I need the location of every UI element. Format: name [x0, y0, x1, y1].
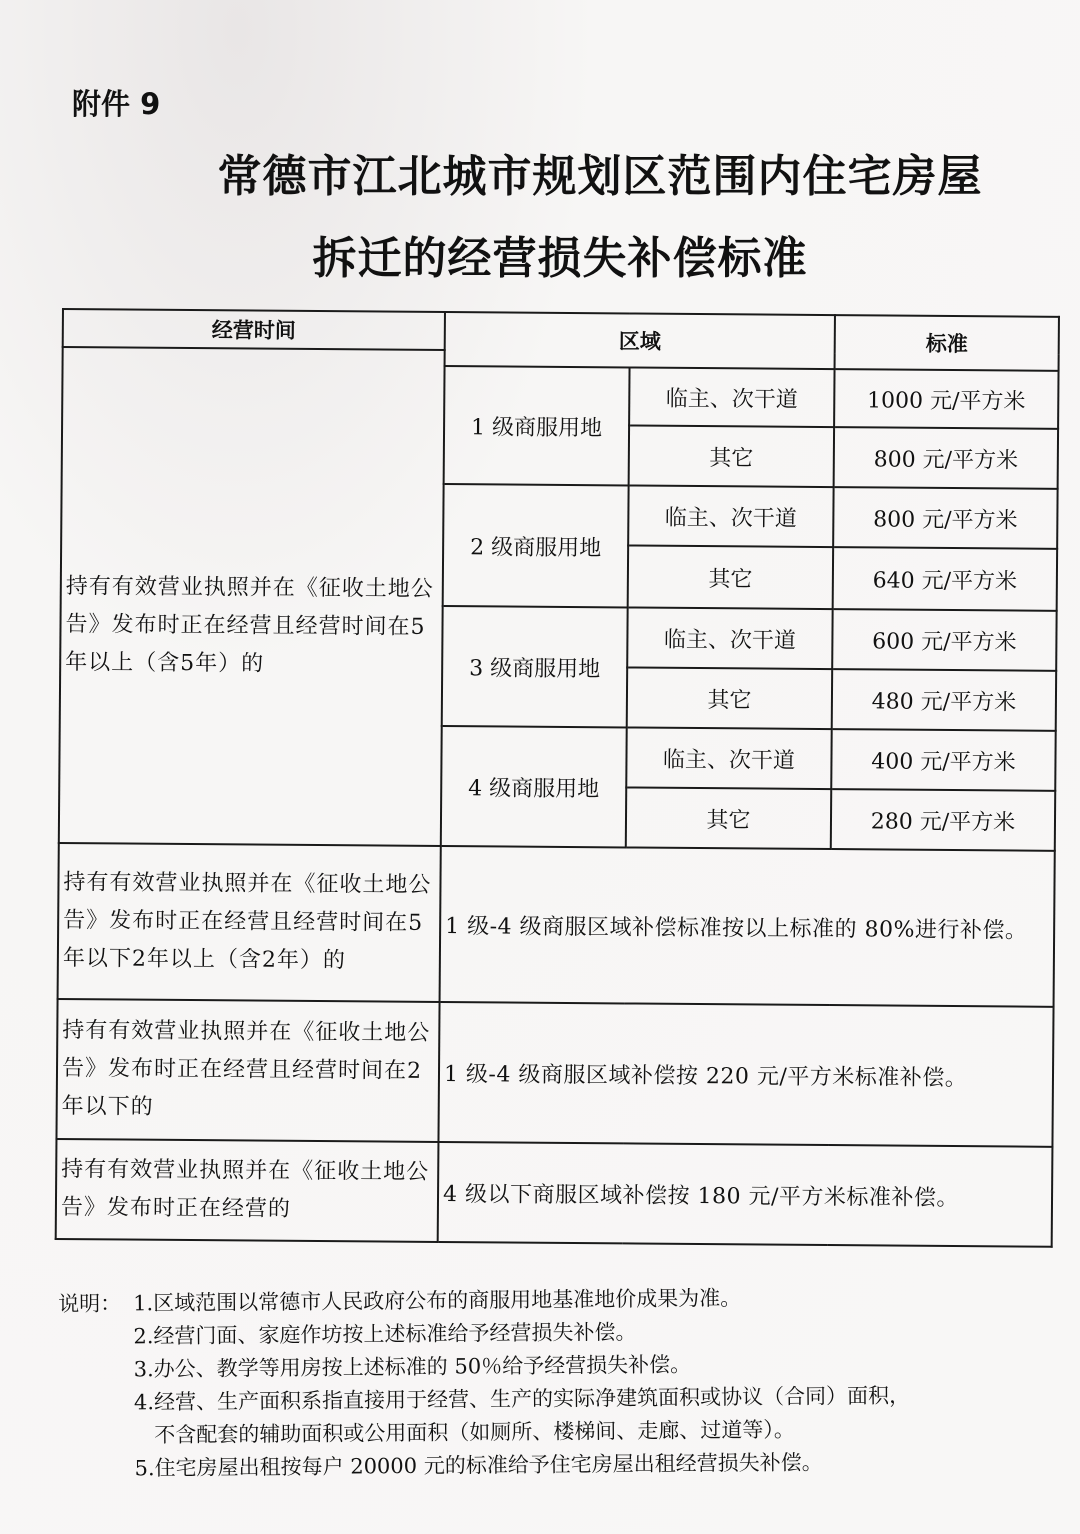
level-1-name: 1 级商服用地	[444, 366, 630, 485]
level-2-road-main: 临主、次干道	[628, 485, 833, 547]
table-row: 持有有效营业执照并在《征收土地公告》发布时正在经营且经营时间在5年以下2年以上（…	[58, 843, 1055, 1007]
compensation-table: 经营时间 区域 标准 持有有效营业执照并在《征收土地公告》发布时正在经营且经营时…	[55, 308, 1060, 1248]
note-item-5: 5.住宅房屋出租按每户 20000 元的标准给予住宅房屋出租经营损失补偿。	[59, 1446, 910, 1486]
document-page: 附件 9 常德市江北城市规划区范围内住宅房屋 拆迁的经营损失补偿标准 经营时间 …	[0, 0, 1080, 1534]
attachment-label: 附件 9	[72, 82, 160, 123]
level-4-std-other: 280 元/平方米	[831, 789, 1055, 851]
level-4-std-main: 400 元/平方米	[831, 729, 1055, 791]
table-row: 持有有效营业执照并在《征收土地公告》发布时正在经营的 4 级以下商服区域补偿按 …	[56, 1139, 1053, 1247]
level-3-road-other: 其它	[627, 667, 832, 729]
level-4-road-main: 临主、次干道	[626, 727, 831, 789]
level-1-std-main: 1000 元/平方米	[834, 369, 1058, 429]
level-2-road-other: 其它	[628, 545, 833, 609]
level-4-name: 4 级商服用地	[441, 726, 627, 847]
condition-operating: 持有有效营业执照并在《征收土地公告》发布时正在经营的	[56, 1139, 439, 1242]
level-2-name: 2 级商服用地	[443, 484, 629, 607]
level-1-road-main: 临主、次干道	[629, 367, 834, 427]
level-2-std-other: 640 元/平方米	[833, 547, 1057, 611]
level-3-std-main: 600 元/平方米	[832, 609, 1056, 671]
level-1-road-other: 其它	[629, 425, 834, 487]
header-time: 经营时间	[63, 309, 445, 350]
condition-under-2yr: 持有有效营业执照并在《征收土地公告》发布时正在经营且经营时间在2年以下的	[56, 999, 439, 1142]
notes-section: 说明：1.区域范围以常德市人民政府公布的商服用地基准地价成果为准。 2.经营门面…	[58, 1281, 911, 1486]
level-3-name: 3 级商服用地	[442, 606, 628, 727]
header-region: 区域	[445, 312, 835, 369]
condition-2-to-5yr: 持有有效营业执照并在《征收土地公告》发布时正在经营且经营时间在5年以下2年以上（…	[58, 843, 441, 1002]
rule-2-to-5yr: 1 级-4 级商服区域补偿标准按以上标准的 80%进行补偿。	[440, 846, 1055, 1007]
header-standard: 标准	[835, 315, 1059, 371]
level-2-std-main: 800 元/平方米	[833, 487, 1057, 549]
notes-label: 说明：	[58, 1287, 133, 1321]
rule-below-level4: 4 级以下商服区域补偿按 180 元/平方米标准补偿。	[438, 1142, 1053, 1247]
document-title-line1: 常德市江北城市规划区范围内住宅房屋	[0, 140, 1080, 204]
table-row: 持有有效营业执照并在《征收土地公告》发布时正在经营且经营时间在2年以下的 1 级…	[56, 999, 1053, 1147]
note-item-1: 1.区域范围以常德市人民政府公布的商服用地基准地价成果为准。	[133, 1286, 741, 1315]
rule-under-2yr: 1 级-4 级商服区域补偿按 220 元/平方米标准补偿。	[438, 1002, 1053, 1147]
document-title-line2: 拆迁的经营损失补偿标准	[0, 222, 1080, 286]
level-3-std-other: 480 元/平方米	[832, 669, 1056, 731]
level-1-std-other: 800 元/平方米	[834, 427, 1058, 489]
level-4-road-other: 其它	[626, 787, 831, 849]
level-3-road-main: 临主、次干道	[627, 607, 832, 669]
condition-5yr-plus: 持有有效营业执照并在《征收土地公告》发布时正在经营且经营时间在5年以上（含5年）…	[59, 347, 445, 846]
